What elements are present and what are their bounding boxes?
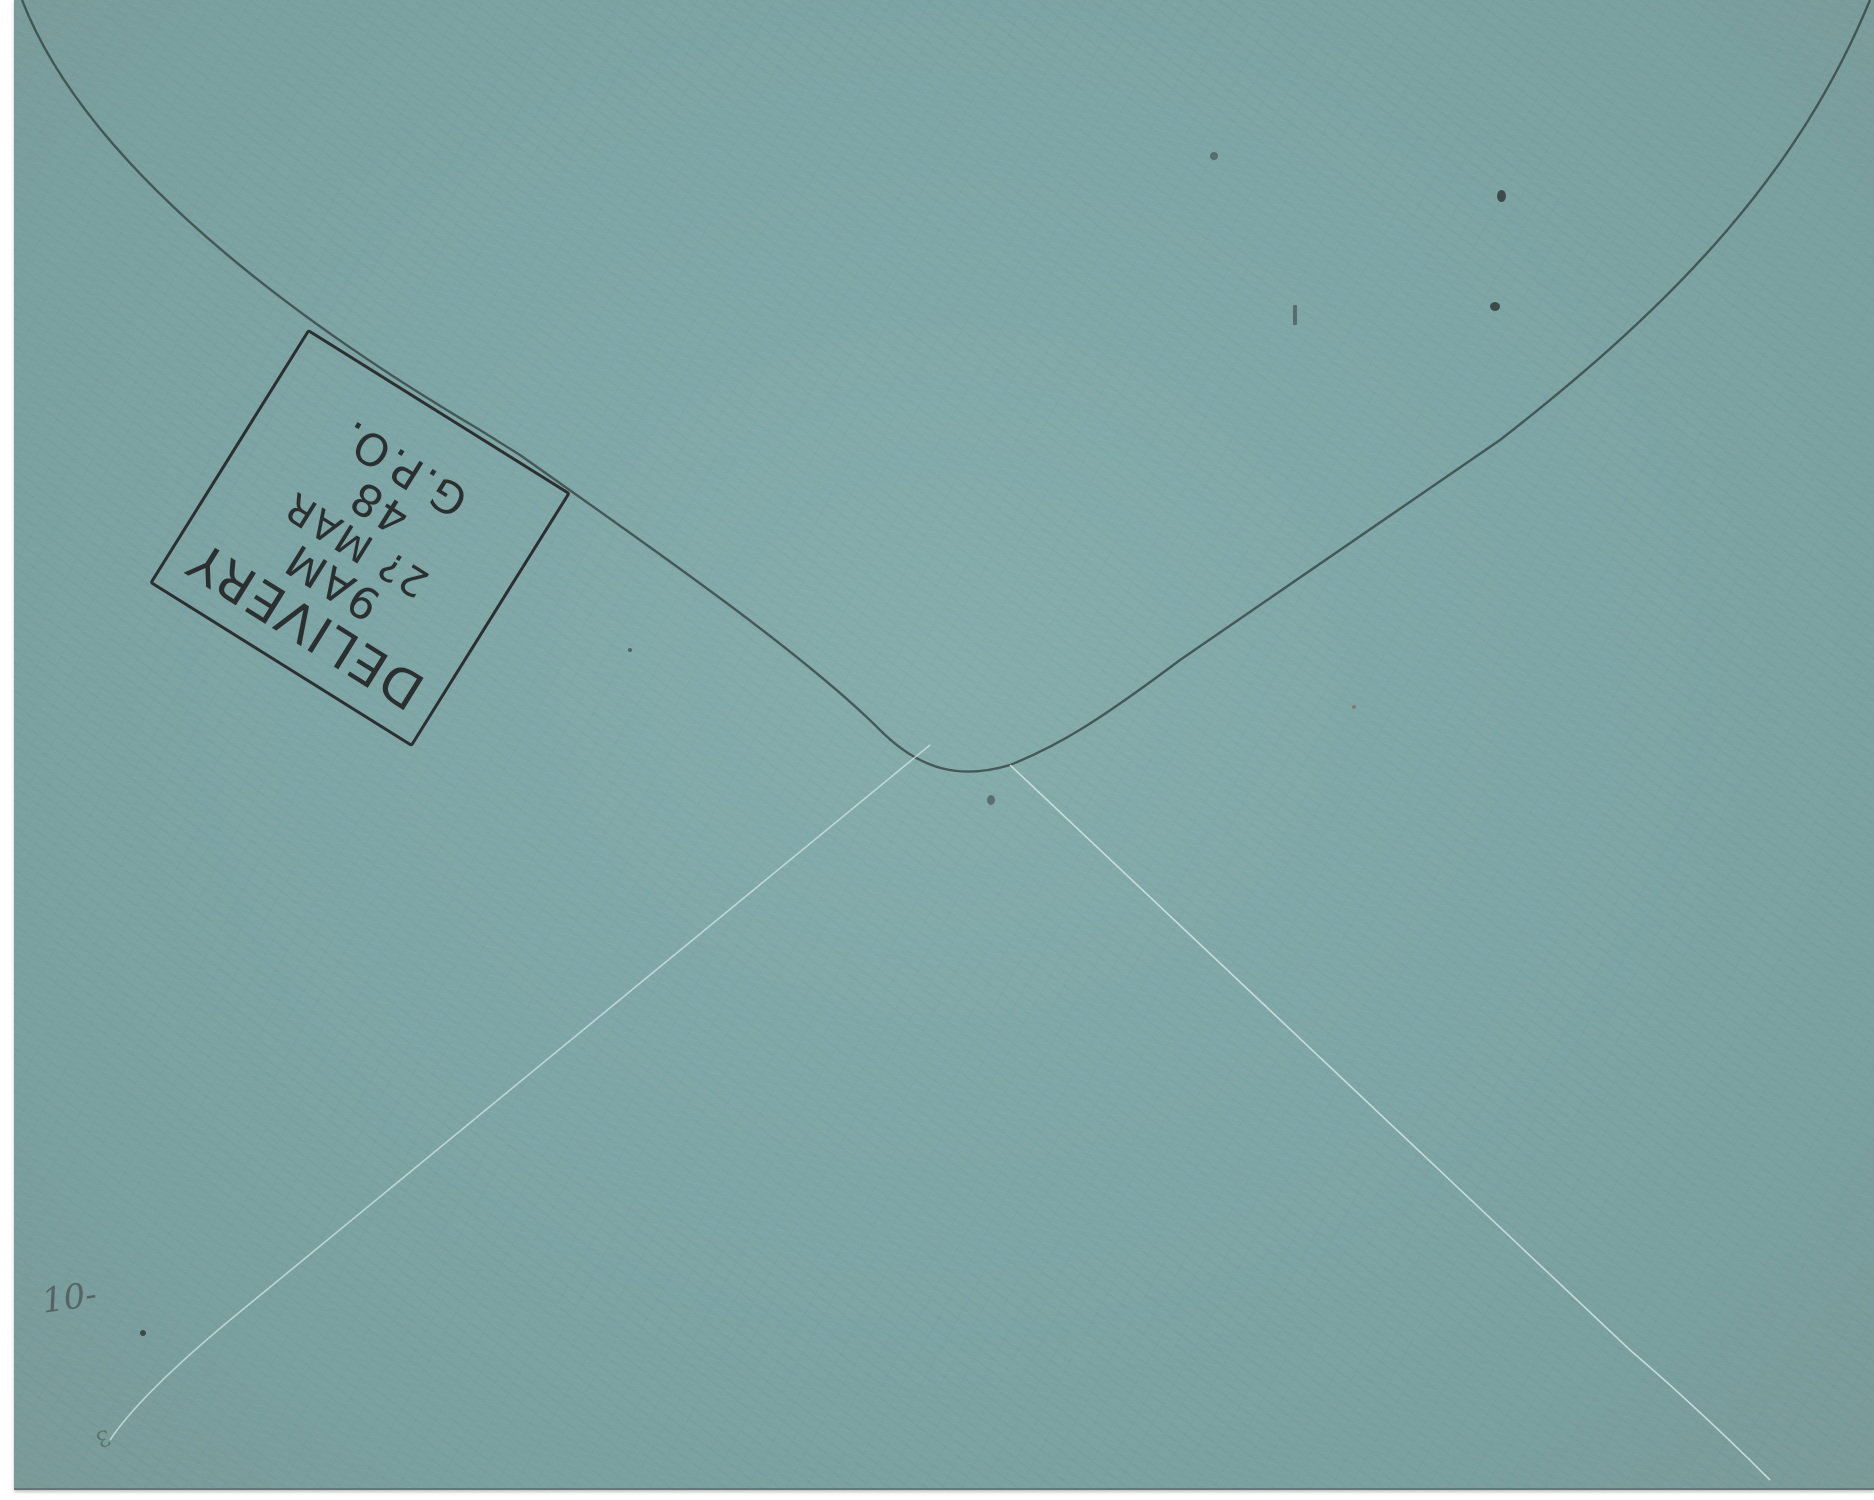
- speck: [1352, 705, 1356, 709]
- speck: [1497, 190, 1506, 202]
- speck: [628, 648, 632, 652]
- speck: [1490, 302, 1500, 311]
- speck: [987, 795, 995, 805]
- speck: [140, 1330, 146, 1336]
- speck: [1210, 152, 1218, 160]
- envelope-flap-outline: [0, 0, 1874, 1500]
- pencil-note: 10-: [39, 1274, 99, 1321]
- speck: [1293, 305, 1297, 325]
